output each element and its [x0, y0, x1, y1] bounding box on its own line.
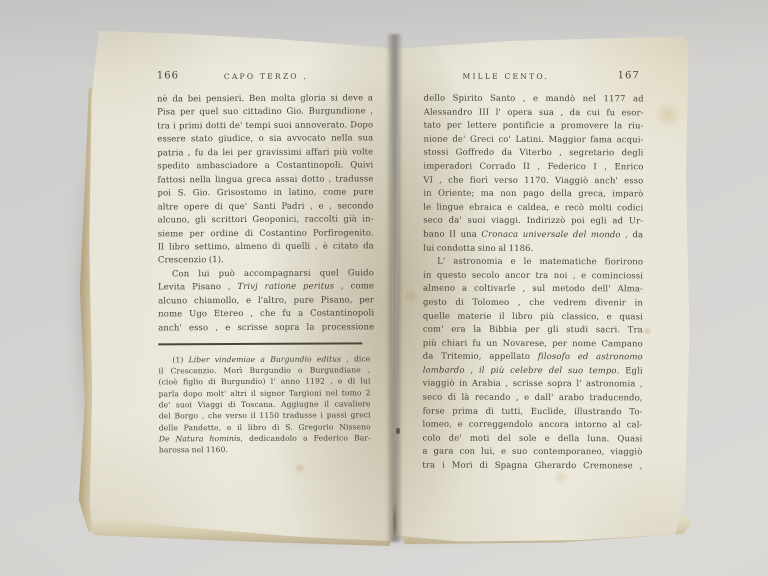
- text: com' era la Bibbia per gli studi sacri. …: [423, 325, 643, 336]
- text: barossa nel 1160.: [159, 445, 228, 454]
- text: del Borgo , che verso il 1150 tradusse i…: [159, 411, 371, 421]
- text: (cioè figlio di Burgundio) l' anno 1192 …: [158, 377, 370, 387]
- text-line: almeno a coltivarle , sul metodo dell' A…: [423, 283, 643, 297]
- text: dello Spirito Santo , e mandò nel 1177 a…: [424, 94, 644, 105]
- text-line: dello Spirito Santo , e mandò nel 1177 a…: [424, 93, 644, 107]
- text: , dice: [341, 354, 370, 363]
- text-line: anch' esso , e scrisse sopra la processi…: [158, 321, 374, 336]
- left-page-number: 166: [157, 70, 179, 81]
- text-line: forse prima di tutti, Euclide, illustran…: [423, 405, 643, 419]
- text-line: imperadori Corrado II , Federico I , Enr…: [423, 161, 643, 175]
- text: viaggiò in Arabia , scrisse sopra l' ast…: [423, 379, 643, 390]
- text-line: in Oriente; ma non pago della greca, imp…: [423, 188, 643, 202]
- text-line: barossa nel 1160.: [159, 443, 371, 455]
- italic-text: Cronaca universale del mondo: [481, 230, 620, 240]
- footnote-rule: [158, 343, 362, 346]
- text: Crescenzio (1).: [158, 256, 224, 266]
- text: seco di là recando , e dall' arabo tradu…: [423, 393, 643, 404]
- text-line: tra i Mori di Spagna Gherardo Cremonese …: [422, 460, 642, 474]
- text: , dedicandolo a Federico Bar-: [241, 433, 371, 443]
- text: lui condotta sino al 1186.: [423, 243, 533, 253]
- text: da Tritemio, appellato: [423, 352, 538, 362]
- text: seco da' suoi viaggi. Indirizzò poi egli…: [423, 216, 643, 227]
- text-line: da Tritemio, appellato filosofo ed astro…: [423, 351, 643, 365]
- text: tra i Mori di Spagna Gherardo Cremonese …: [422, 461, 642, 472]
- text-line: tra i primi dotti de' tempi suoi annover…: [157, 119, 373, 134]
- text: le lingue ebraica e caldea, e recò molti…: [423, 202, 643, 213]
- left-body-text: nè da bei pensieri. Ben molta gloria si …: [157, 92, 374, 335]
- text-line: sieme per ordine di Costantino Porfiroge…: [158, 227, 374, 242]
- text: forse prima di tutti, Euclide, illustran…: [423, 406, 643, 417]
- text: tato per lettere pontificie a promovere …: [424, 121, 644, 132]
- text-line: altre opere di que' Santi Padri , e , se…: [158, 200, 374, 215]
- text: altre opere di que' Santi Padri , e , se…: [158, 201, 374, 212]
- text-line: VI , che fiorì verso 1170. Viaggiò anch'…: [423, 174, 643, 188]
- text-line: patria , fu da lei per gravissimi affari…: [157, 146, 373, 161]
- text: nè da bei pensieri. Ben molta gloria si …: [157, 93, 373, 104]
- text-line: delle Pandette, e il libro di S. Gregori…: [159, 421, 371, 433]
- left-footnote-text: (1) Liber vindemiae a Burgundio editus ,…: [158, 353, 371, 456]
- text: fattosi nella lingua greca assai dotto ,…: [157, 174, 373, 185]
- text-line: quelle materie il libro più classico, e …: [423, 310, 643, 324]
- text: nome Ugo Etereo , che fu a Costantinopol…: [158, 309, 374, 320]
- text: il Crescenzio. Morì Burgundio o Burgundi…: [158, 365, 370, 375]
- photo-background: 166 CAPO TERZO , nè da bei pensieri. Ben…: [0, 0, 768, 576]
- text: gesto di Tolomeo , che vedrem divenir in: [423, 297, 643, 308]
- text: Pisa per quel suo cittadino Gio. Burgund…: [157, 107, 373, 118]
- text-line: le lingue ebraica e caldea, e recò molti…: [423, 201, 643, 215]
- text-line: bano II una Cronaca universale del mondo…: [423, 229, 643, 243]
- text-line: essere stato giudice, o sia avvocato nel…: [157, 133, 373, 148]
- text: parla dopo molt' altri il signor Targion…: [159, 388, 371, 398]
- text: poi S. Gio. Grisostomo in latino, come p…: [157, 187, 373, 198]
- text: nione de' Greci co' Latini. Maggior fama…: [424, 134, 644, 145]
- text: stossi Goffredo da Viterbo , segretario …: [423, 148, 643, 159]
- text-line: gesto di Tolomeo , che vedrem divenir in: [423, 296, 643, 310]
- text-line: com' era la Bibbia per gli studi sacri. …: [423, 324, 643, 338]
- right-page-number: 167: [618, 70, 640, 81]
- text: tra i primi dotti de' tempi suoi annover…: [157, 120, 373, 131]
- text-line: Levita Pisano , Trivj ratione peritus , …: [158, 281, 374, 296]
- text-line: nè da bei pensieri. Ben molta gloria si …: [157, 92, 373, 107]
- text-line: alcuno chiamollo, e l'altro, pure Pisano…: [158, 294, 374, 309]
- left-page: 166 CAPO TERZO , nè da bei pensieri. Ben…: [87, 29, 394, 543]
- text-line: Con lui può accompagnarsi quel Guido: [158, 267, 374, 282]
- text: , come: [334, 282, 374, 292]
- text: in questo secolo ancor tra noi , e comin…: [423, 270, 643, 281]
- left-page-content: 166 CAPO TERZO , nè da bei pensieri. Ben…: [157, 69, 375, 456]
- text: alcuno chiamollo, e l'altro, pure Pisano…: [158, 295, 374, 306]
- text-line: in questo secolo ancor tra noi , e comin…: [423, 269, 643, 283]
- text-line: alcuno, gli scrittori Geoponici, raccolt…: [158, 213, 374, 228]
- text: lomeo, e correggendolo ancora intorno al…: [423, 420, 643, 431]
- text: patria , fu da lei per gravissimi affari…: [157, 147, 373, 158]
- text-line: spedito ambasciadore a Costantinopoli. Q…: [157, 160, 373, 175]
- right-page-content: MILLE CENTO. 167 dello Spirito Santo , e…: [422, 70, 643, 474]
- text-line: Alessandro III l' opera sua , da cui fu …: [424, 106, 644, 120]
- text-line: (cioè figlio di Burgundio) l' anno 1192 …: [158, 376, 370, 388]
- text: L' astronomia e le matematiche fiorirono: [437, 257, 643, 268]
- text-line: nione de' Greci co' Latini. Maggior fama…: [423, 133, 643, 147]
- text: de' suoi Viaggi di Toscana. Aggiugne il …: [159, 399, 371, 409]
- text: essere stato giudice, o sia avvocato nel…: [157, 134, 373, 145]
- text: quelle materie il libro più classico, e …: [423, 311, 643, 322]
- text-line: lombardo , il più celebre del suo tempo.…: [423, 364, 643, 378]
- text-line: colo de' moti del sole e della luna. Qua…: [422, 432, 642, 446]
- italic-text: Liber vindemiae a Burgundio editus: [189, 354, 342, 364]
- left-chapter-heading: CAPO TERZO ,: [201, 72, 331, 82]
- italic-text: filosofo ed astronomo: [538, 352, 643, 362]
- text: più chiari fu un Novarese, per nome Camp…: [423, 338, 643, 349]
- text-line: fattosi nella lingua greca assai dotto ,…: [157, 173, 373, 188]
- text-line: tato per lettere pontificie a promovere …: [424, 120, 644, 134]
- text: almeno a coltivarle , sul metodo dell' A…: [423, 284, 643, 295]
- text-line: del Borgo , che verso il 1150 tradusse i…: [159, 410, 371, 422]
- text: delle Pandette, e il libro di S. Gregori…: [159, 422, 371, 432]
- text: imperadori Corrado II , Federico I , Enr…: [423, 162, 643, 173]
- text-line: viaggiò in Arabia , scrisse sopra l' ast…: [423, 378, 643, 392]
- italic-text: De Natura hominis: [159, 434, 241, 443]
- text-line: nome Ugo Etereo , che fu a Costantinopol…: [158, 308, 374, 323]
- text-line: Pisa per quel suo cittadino Gio. Burgund…: [157, 106, 373, 121]
- text-line: L' astronomia e le matematiche fiorirono: [423, 256, 643, 270]
- text: Levita Pisano ,: [158, 282, 238, 292]
- right-chapter-heading: MILLE CENTO.: [446, 72, 566, 81]
- text-line: seco da' suoi viaggi. Indirizzò poi egli…: [423, 215, 643, 229]
- text-line: poi S. Gio. Grisostomo in latino, come p…: [157, 186, 373, 201]
- text: bano II una: [423, 230, 481, 240]
- text-line: stossi Goffredo da Viterbo , segretario …: [423, 147, 643, 161]
- text: a gara con lui, e suo contemporaneo, via…: [422, 447, 642, 458]
- text-line: De Natura hominis, dedicandolo a Federic…: [159, 432, 371, 444]
- italic-text: il più celebre del suo tempo: [479, 366, 617, 376]
- text: , da: [621, 230, 644, 240]
- text: in Oriente; ma non pago della greca, imp…: [423, 189, 643, 200]
- text: (1): [172, 355, 188, 364]
- text-line: più chiari fu un Novarese, per nome Camp…: [423, 337, 643, 351]
- text-line: seco di là recando , e dall' arabo tradu…: [423, 392, 643, 406]
- text: Alessandro III l' opera sua , da cui fu …: [424, 107, 644, 118]
- left-running-head: 166 CAPO TERZO ,: [157, 69, 373, 86]
- text: ,: [465, 366, 479, 376]
- text-line: lomeo, e correggendolo ancora intorno al…: [422, 419, 642, 433]
- text-line: Il libro settimo, almeno di quelli , è c…: [158, 240, 374, 255]
- text-line: Crescenzio (1).: [158, 254, 374, 269]
- text-line: lui condotta sino al 1186.: [423, 242, 643, 256]
- text: sieme per ordine di Costantino Porfiroge…: [158, 228, 374, 239]
- book-gutter-shadow: [386, 34, 402, 542]
- text: alcuno, gli scrittori Geoponici, raccolt…: [158, 214, 374, 225]
- text: colo de' moti del sole e della luna. Qua…: [422, 433, 642, 444]
- text: VI , che fiorì verso 1170. Viaggiò anch'…: [423, 175, 643, 186]
- text: . Egli: [617, 366, 643, 376]
- text-line: a gara con lui, e suo contemporaneo, via…: [422, 446, 642, 460]
- text: Con lui può accompagnarsi quel Guido: [172, 268, 374, 279]
- italic-text: lombardo: [423, 365, 465, 375]
- text: Il libro settimo, almeno di quelli , è c…: [158, 241, 374, 252]
- right-page: MILLE CENTO. 167 dello Spirito Santo , e…: [395, 35, 693, 542]
- italic-text: Trivj ratione peritus: [237, 282, 334, 293]
- text: anch' esso , e scrisse sopra la processi…: [158, 322, 374, 333]
- right-body-text: dello Spirito Santo , e mandò nel 1177 a…: [422, 93, 643, 474]
- text: spedito ambasciadore a Costantinopoli. Q…: [157, 161, 373, 172]
- right-running-head: MILLE CENTO. 167: [424, 70, 644, 87]
